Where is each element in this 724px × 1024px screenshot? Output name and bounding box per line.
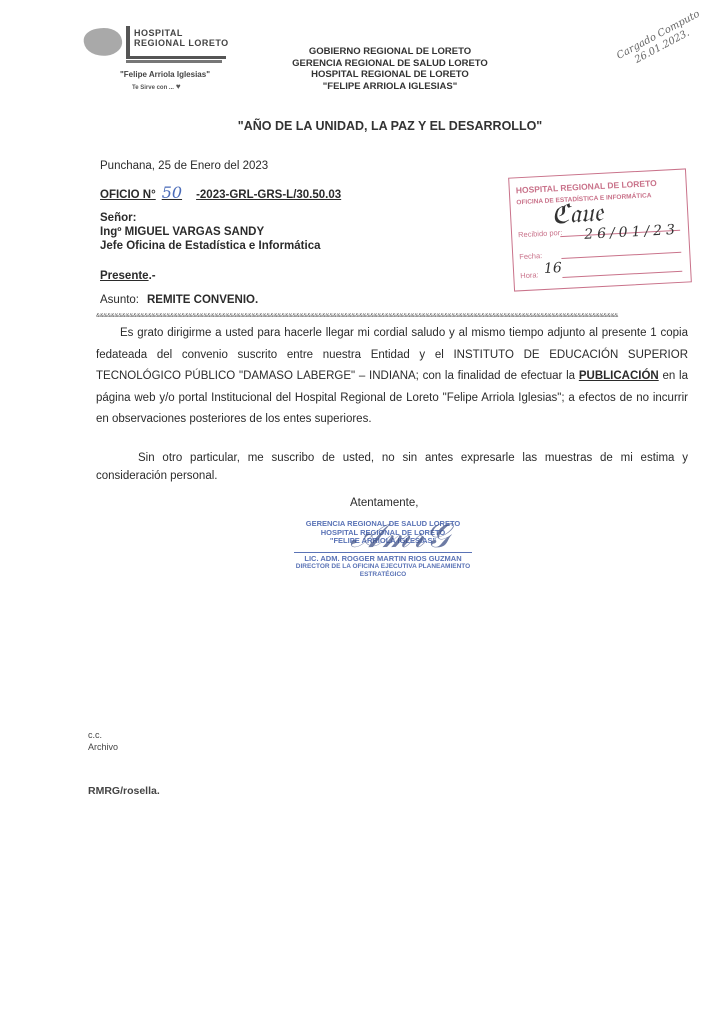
stamp-received-label: Recibido por:: [518, 228, 563, 239]
body-paragraph-1: Es grato dirigirme a usted para hacerle …: [96, 323, 688, 431]
signature-stamp: GERENCIA REGIONAL DE SALUD LORETO HOSPIT…: [290, 520, 476, 600]
logo-hospital-text: HOSPITAL REGIONAL LORETO: [134, 28, 234, 48]
subject-line: Asunto:REMITE CONVENIO.: [100, 294, 258, 306]
presente-suffix: .-: [149, 270, 156, 282]
place-date: Punchana, 25 de Enero del 2023: [100, 160, 268, 172]
stamp-hour-label: Hora:: [520, 270, 539, 280]
heart-icon: ♥: [176, 82, 181, 91]
recipient-title: Jefe Oficina de Estadística e Informátic…: [100, 239, 321, 253]
hospital-logo: HOSPITAL REGIONAL LORETO "Felipe Arriola…: [84, 24, 234, 94]
signer-position-cont: ESTRATÉGICO: [290, 571, 476, 579]
reception-stamp: HOSPITAL REGIONAL DE LORETO OFICINA DE E…: [508, 168, 692, 291]
stamp-handwritten-hour: 16: [544, 260, 563, 277]
logo-slogan: Te Sirve con ...♥: [132, 82, 181, 91]
signature-scrawl: 𝒜𝓂𝓇𝒢: [350, 516, 449, 556]
presente: Presente.-: [100, 270, 156, 282]
carbon-copy: c.c. Archivo: [88, 729, 118, 753]
cc-value: Archivo: [88, 741, 118, 753]
paragraph-2-text: Sin otro particular, me suscribo de uste…: [96, 452, 688, 482]
subject-value: REMITE CONVENIO.: [147, 294, 258, 306]
loreto-map-icon: [82, 25, 124, 58]
handwritten-note: Cargado Computo 26.01.2023.: [615, 9, 708, 74]
logo-slogan-text: Te Sirve con ...: [132, 85, 174, 91]
stamp-date-label: Fecha:: [519, 251, 542, 261]
cc-label: c.c.: [88, 729, 118, 741]
closing: Atentamente,: [350, 497, 418, 509]
salutation: Señor:: [100, 211, 321, 225]
publicacion-emphasis: PUBLICACIÓN: [579, 370, 659, 382]
ampersand-separator: &&&&&&&&&&&&&&&&&&&&&&&&&&&&&&&&&&&&&&&&…: [96, 313, 686, 319]
oficio-number: 50: [156, 183, 196, 202]
oficio-code: -2023-GRL-GRS-L/30.50.03: [196, 189, 341, 201]
recipient-block: Señor: Ingº MIGUEL VARGAS SANDY Jefe Ofi…: [100, 211, 321, 253]
logo-subtitle: "Felipe Arriola Iglesias": [120, 70, 210, 79]
presente-text: Presente: [100, 270, 149, 282]
header-line: GERENCIA REGIONAL DE SALUD LORETO: [270, 58, 510, 70]
reference-initials: RMRG/rosella.: [88, 785, 160, 797]
header-line: "FELIPE ARRIOLA IGLESIAS": [270, 81, 510, 93]
oficio-label: OFICIO N°: [100, 189, 156, 201]
header-line: HOSPITAL REGIONAL DE LORETO: [270, 69, 510, 81]
oficio-reference: OFICIO N°50-2023-GRL-GRS-L/30.50.03: [100, 183, 341, 202]
body-paragraph-2: Sin otro particular, me suscribo de uste…: [96, 449, 688, 485]
subject-label: Asunto:: [100, 294, 139, 306]
logo-divider: [126, 60, 222, 63]
signer-position: DIRECTOR DE LA OFICINA EJECUTIVA PLANEAM…: [290, 563, 476, 571]
recipient-name: Ingº MIGUEL VARGAS SANDY: [100, 225, 321, 239]
year-motto: "AÑO DE LA UNIDAD, LA PAZ Y EL DESARROLL…: [200, 119, 580, 133]
institution-header: GOBIERNO REGIONAL DE LORETO GERENCIA REG…: [270, 46, 510, 92]
header-line: GOBIERNO REGIONAL DE LORETO: [270, 46, 510, 58]
